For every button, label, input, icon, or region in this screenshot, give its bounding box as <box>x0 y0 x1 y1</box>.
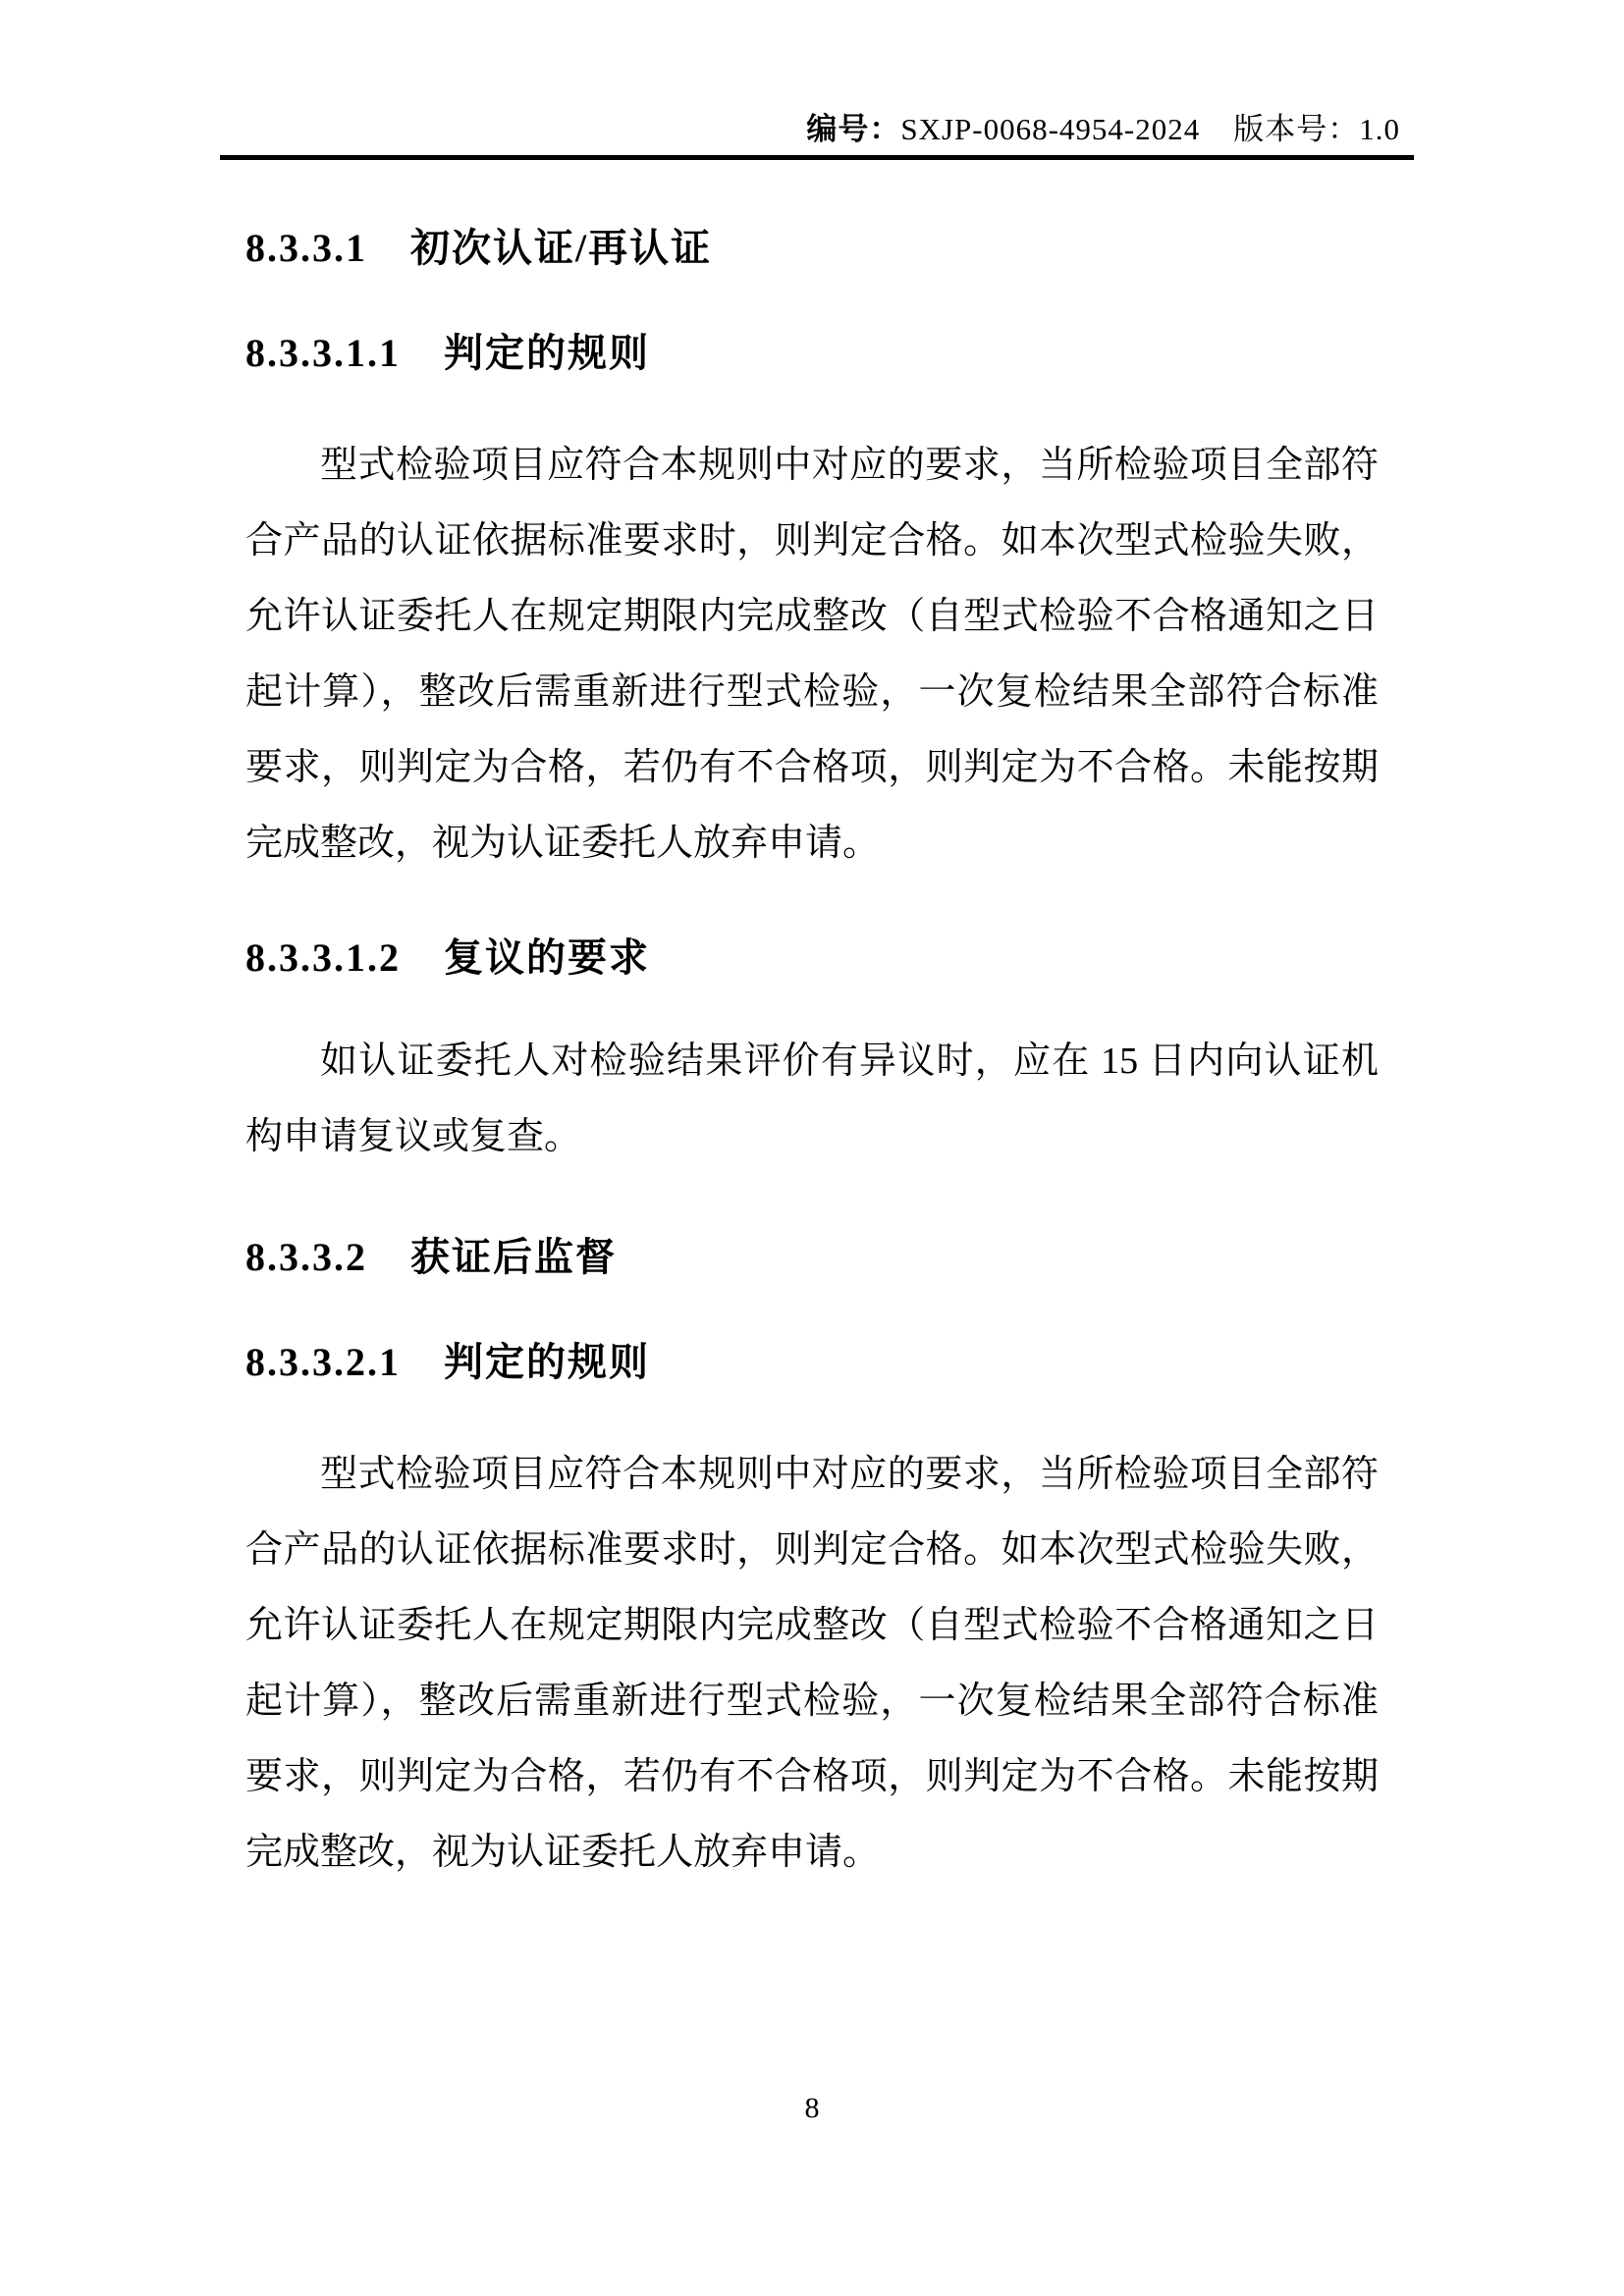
doc-number: SXJP-0068-4954-2024 <box>900 112 1200 146</box>
page-header: 编号：SXJP-0068-4954-2024版本号：1.0 <box>220 0 1414 160</box>
heading-title: 复议的要求 <box>444 935 650 980</box>
heading-number: 8.3.3.2.1 <box>245 1338 401 1387</box>
heading-title: 初次认证/再认证 <box>410 226 712 270</box>
header-rule <box>220 155 1414 160</box>
page-footer: 8 <box>0 2091 1624 2126</box>
document-page: 编号：SXJP-0068-4954-2024版本号：1.0 8.3.3.1初次认… <box>0 0 1624 2296</box>
paragraph-judgment-rules-1: 型式检验项目应符合本规则中对应的要求，当所检验项目全部符合产品的认证依据标准要求… <box>245 428 1379 881</box>
heading-number: 8.3.3.1.1 <box>245 329 401 378</box>
heading-number: 8.3.3.2 <box>245 1233 367 1282</box>
heading-title: 获证后监督 <box>410 1235 617 1279</box>
version-value: 1.0 <box>1359 112 1400 146</box>
section-heading-8-3-3-1-1: 8.3.3.1.1判定的规则 <box>245 329 1379 378</box>
doc-number-label: 编号： <box>806 112 900 146</box>
section-heading-8-3-3-2: 8.3.3.2获证后监督 <box>245 1233 1379 1282</box>
document-content: 8.3.3.1初次认证/再认证 8.3.3.1.1判定的规则 型式检验项目应符合… <box>245 224 1379 1891</box>
paragraph-review-requirement: 如认证委托人对检验结果评价有异议时，应在 15 日内向认证机构申请复议或复查。 <box>245 1024 1379 1175</box>
paragraph-judgment-rules-2: 型式检验项目应符合本规则中对应的要求，当所检验项目全部符合产品的认证依据标准要求… <box>245 1437 1379 1891</box>
heading-title: 判定的规则 <box>444 331 650 375</box>
heading-number: 8.3.3.1.2 <box>245 934 401 983</box>
section-heading-8-3-3-1: 8.3.3.1初次认证/再认证 <box>245 224 1379 273</box>
page-number: 8 <box>805 2092 820 2124</box>
version-label: 版本号： <box>1233 112 1359 146</box>
section-heading-8-3-3-1-2: 8.3.3.1.2复议的要求 <box>245 934 1379 983</box>
heading-number: 8.3.3.1 <box>245 224 367 273</box>
heading-title: 判定的规则 <box>444 1340 650 1384</box>
header-meta: 编号：SXJP-0068-4954-2024版本号：1.0 <box>220 110 1414 149</box>
section-heading-8-3-3-2-1: 8.3.3.2.1判定的规则 <box>245 1338 1379 1387</box>
